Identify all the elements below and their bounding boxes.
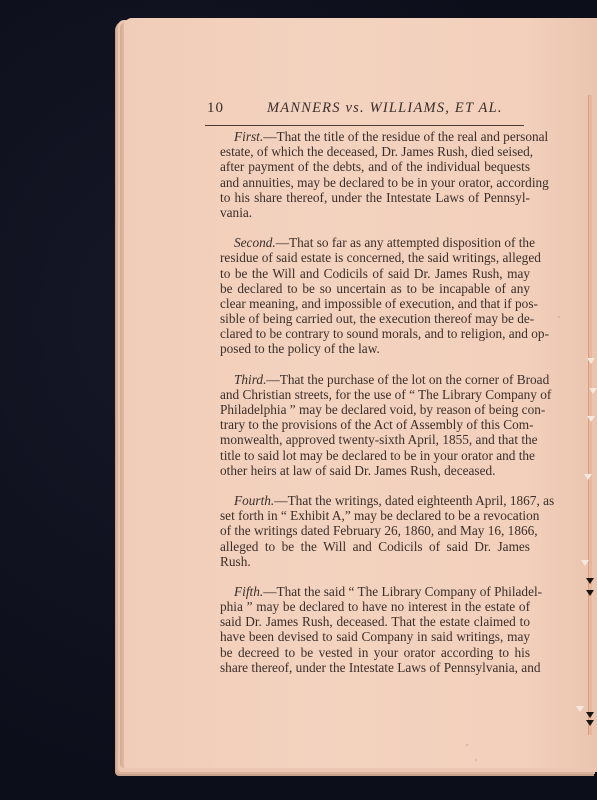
text-line: sible of being carried out, the executio… xyxy=(206,311,530,326)
text-line: to his share thereof, under the Intestat… xyxy=(206,190,530,205)
paragraph-label: Third. xyxy=(234,372,266,387)
em-dash: — xyxy=(276,235,289,250)
text-line: clared to be contrary to sound morals, a… xyxy=(206,326,530,341)
paragraph-second: Second.—That so far as any attempted dis… xyxy=(206,235,530,357)
text-line: First.—That the title of the residue of … xyxy=(206,129,530,144)
body-text: First.—That the title of the residue of … xyxy=(206,129,530,690)
text-line: estate, of which the deceased, Dr. James… xyxy=(206,144,530,159)
text-line: share thereof, under the Intestate Laws … xyxy=(206,660,530,675)
text-line: residue of said estate is concerned, the… xyxy=(206,250,530,265)
text-line: Third.—That the purchase of the lot on t… xyxy=(206,372,530,387)
line-text: That the writings, dated eighteenth Apri… xyxy=(288,493,555,508)
text-line: title to said lot may be declared to be … xyxy=(206,448,530,463)
line-text: That the said “ The Library Company of P… xyxy=(276,584,542,599)
paragraph-third: Third.—That the purchase of the lot on t… xyxy=(206,372,530,478)
text-line: Fourth.—That the writings, dated eightee… xyxy=(206,493,530,508)
em-dash: — xyxy=(263,584,276,599)
text-line: monwealth, approved twenty-sixth April, … xyxy=(206,432,530,447)
paragraph-label: First. xyxy=(234,129,263,144)
text-line: and annuities, may be declared to be in … xyxy=(206,175,530,190)
text-line: to be the Will and Codicils of said Dr. … xyxy=(206,266,530,281)
text-line: be declared to be so uncertain as to be … xyxy=(206,281,530,296)
paragraph-first: First.—That the title of the residue of … xyxy=(206,129,530,220)
text-line: be decreed to be vested in your orator a… xyxy=(206,645,530,660)
line-text: That the purchase of the lot on the corn… xyxy=(280,372,550,387)
paragraph-label: Fifth. xyxy=(234,584,263,599)
text-line: Fifth.—That the said “ The Library Compa… xyxy=(206,584,530,599)
paragraph-label: Second. xyxy=(234,235,276,250)
em-dash: — xyxy=(274,493,287,508)
binding-spine xyxy=(588,95,592,735)
text-line: vania. xyxy=(206,205,530,220)
text-line: clear meaning, and impossible of executi… xyxy=(206,296,530,311)
text-line: set forth in “ Exhibit A,” may be declar… xyxy=(206,508,530,523)
text-line: posed to the policy of the law. xyxy=(206,341,530,356)
text-line: alleged to be the Will and Codicils of s… xyxy=(206,539,530,554)
text-line: of the writings dated February 26, 1860,… xyxy=(206,523,530,538)
text-line: other heirs at law of said Dr. James Rus… xyxy=(206,463,530,478)
page-number: 10 xyxy=(207,100,224,117)
running-head: 10 MANNERS vs. WILLIAMS, ET AL. xyxy=(207,100,527,122)
text-line: said Dr. James Rush, deceased. That the … xyxy=(206,614,530,629)
text-line: trary to the provisions of the Act of As… xyxy=(206,417,530,432)
text-line: after payment of the debts, and of the i… xyxy=(206,159,530,174)
paper-fleck xyxy=(466,744,468,746)
paper-fleck xyxy=(475,759,477,761)
line-text: That the title of the residue of the rea… xyxy=(276,129,548,144)
paper-fleck xyxy=(558,316,560,318)
paragraph-fourth: Fourth.—That the writings, dated eightee… xyxy=(206,493,530,569)
text-line: Philadelphia ” may be declared void, by … xyxy=(206,402,530,417)
text-line: Second.—That so far as any attempted dis… xyxy=(206,235,530,250)
text-line: have been devised to said Company in sai… xyxy=(206,629,530,644)
header-rule xyxy=(205,125,524,126)
running-title: MANNERS vs. WILLIAMS, ET AL. xyxy=(267,100,503,117)
line-text: That so far as any attempted disposition… xyxy=(289,235,535,250)
em-dash: — xyxy=(263,129,276,144)
em-dash: — xyxy=(266,372,279,387)
paragraph-fifth: Fifth.—That the said “ The Library Compa… xyxy=(206,584,530,675)
text-line: and Christian streets, for the use of “ … xyxy=(206,387,530,402)
text-line: phia ” may be declared to have no intere… xyxy=(206,599,530,614)
text-line: Rush. xyxy=(206,554,530,569)
paragraph-label: Fourth. xyxy=(234,493,274,508)
